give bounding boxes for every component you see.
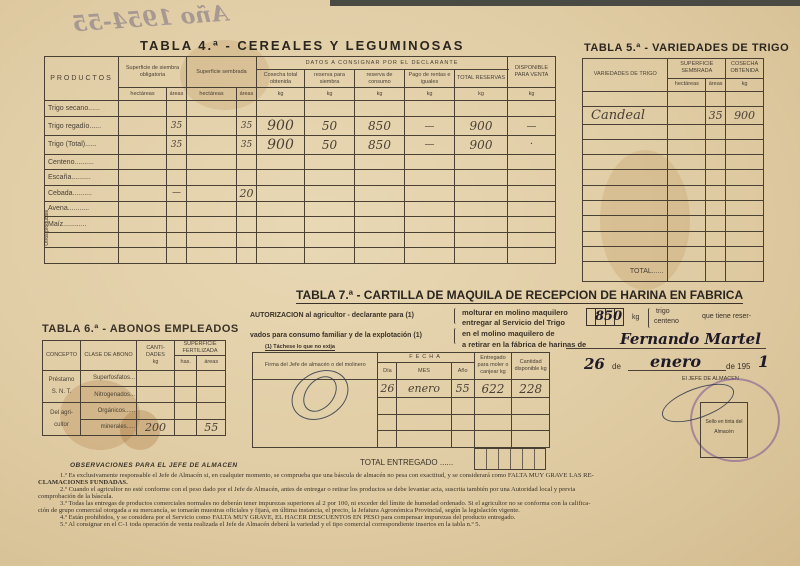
table-row: PréstamoS. N. T. Superfosfatos...: [43, 370, 226, 386]
areas-minerales: 55: [197, 419, 226, 435]
tabla7-title: TABLA 7.ª - CARTILLA DE MAQUILA DE RECEP…: [296, 288, 743, 304]
col-areas: áreas: [237, 88, 257, 101]
obs-line: 1.º Es exclusivamente responsable el Jef…: [60, 472, 594, 479]
col-ano: Año: [451, 363, 474, 380]
unit-kg: kg: [355, 88, 405, 101]
side-label: Otros productos: [44, 210, 50, 246]
col-variedades: VARIEDADES DE TRIGO: [583, 59, 668, 92]
cell-value: 50: [305, 135, 355, 154]
col-hectareas: hectáreas: [119, 88, 167, 101]
col-pago-rentas: Pago de rentas e iguales: [405, 70, 455, 88]
obs-line: CLAMACIONES FUNDADAS.: [38, 479, 128, 486]
obs-line: 4.º Están prohibidos, y se considera por…: [60, 514, 516, 521]
table-row: Trigo regadío...... 35 35 900 50 850 — 9…: [45, 117, 556, 136]
unit-kg: kg: [305, 88, 355, 101]
total-label: TOTAL......: [583, 262, 668, 282]
cell-value: 900: [455, 117, 508, 136]
col-productos: PRODUCTOS: [45, 57, 119, 101]
row-label: Maíz............: [45, 217, 119, 233]
brace: [454, 328, 458, 344]
entry-disponible: 228: [512, 379, 550, 398]
year-note: Año 1954-55: [71, 1, 229, 38]
date-month: enero: [650, 352, 701, 371]
total-row: TOTAL......: [583, 262, 764, 282]
col-entregado: Entregado para moler o canjear kg: [474, 353, 512, 380]
date-day: 26: [584, 355, 605, 373]
col-areas: áreas: [167, 88, 187, 101]
date-de: de: [612, 362, 621, 371]
unit-kg: kg: [257, 88, 305, 101]
fabrica-name: Fernando Martel: [620, 330, 761, 348]
cantidad-minerales: 200: [137, 419, 175, 435]
unit-kg: kg: [455, 88, 508, 101]
col-concepto: CONCEPTO: [43, 341, 81, 371]
cell-value: 35: [167, 117, 187, 136]
table-row: Candeal 35 900: [583, 107, 764, 124]
col-cantidades-text: CANTI-DADES: [146, 345, 165, 358]
tabla5-title: TABLA 5.ª - VARIEDADES DE TRIGO: [584, 42, 789, 54]
option-molino: en el molino maquilero de: [462, 329, 555, 338]
tabla7-title-text: TABLA 7.ª - CARTILLA DE MAQUILA DE RECEP…: [296, 288, 743, 302]
table-row: Maíz............: [45, 217, 556, 233]
variedad-value: Candeal: [583, 107, 668, 124]
cell-value: ·: [508, 135, 556, 154]
row-label: Centeno..........: [45, 154, 119, 170]
obs-line: 5.º Al consignar en el C-1 toda operació…: [60, 521, 480, 528]
entry-dia: 26: [378, 379, 397, 398]
col-clase: CLASE DE ABONO: [81, 341, 137, 371]
kg-box: 850: [586, 308, 624, 326]
clase-superfosfatos: Superfosfatos...: [81, 370, 137, 386]
total-entregado-label: TOTAL ENTREGADO ......: [360, 458, 453, 467]
grain-trigo: trigo: [656, 308, 670, 315]
tabla6-title: TABLA 6.ª - ABONOS EMPLEADOS: [42, 323, 239, 335]
col-sup-obligatoria: Superficie de siembra obligatoria: [119, 57, 187, 88]
col-disponible: Cantidad disponible kg: [512, 353, 550, 380]
col-fecha: FECHA: [378, 353, 474, 363]
row-label: Trigo (Total)......: [45, 135, 119, 154]
clase-minerales: minerales.....: [81, 419, 137, 435]
unit-kg: kg: [405, 88, 455, 101]
cell-value: 20: [237, 186, 257, 202]
table-row: Avena...........: [45, 201, 556, 217]
cell-value: 35: [237, 135, 257, 154]
col-reserva-siembra: reserva para siembra: [305, 70, 355, 88]
total-entregado-box: [474, 448, 546, 470]
table-row: Trigo secano......: [45, 101, 556, 117]
cell-value: 850: [355, 117, 405, 136]
row-label: Trigo secano......: [45, 101, 119, 117]
col-cantidades: CANTI-DADESkg: [137, 341, 175, 371]
unit-kg: kg: [153, 359, 159, 365]
unit-kg: kg: [726, 78, 764, 91]
concepto-cultor: cultor: [54, 422, 69, 428]
cell-value: 35: [167, 135, 187, 154]
entry-mes: enero: [397, 379, 451, 398]
table-row: Cebada.......... — 20: [45, 186, 556, 202]
obs-line: 3.º Todas las entregas de productos come…: [60, 500, 590, 507]
option-molturar: molturar en molino maquilero: [462, 308, 568, 317]
document-page: Año 1954-55 TABLA 4.ª - CEREALES Y LEGUM…: [0, 0, 800, 566]
row-label: Avena...........: [45, 201, 119, 217]
table-row: Escaña..........: [45, 170, 556, 186]
date-year-suffix: 1: [758, 352, 769, 371]
cell-value: 50: [305, 117, 355, 136]
col-hectareas: hectáreas: [668, 78, 706, 91]
col-dia: Día: [378, 363, 397, 380]
date-year-prefix: de 195: [726, 362, 750, 371]
cell-value: —: [405, 135, 455, 154]
auth-line2: vados para consumo familiar y de la expl…: [250, 332, 422, 339]
entry-ano: 55: [451, 379, 474, 398]
col-reserva-consumo: reserva de consumo: [355, 70, 405, 88]
cell-value: 850: [355, 135, 405, 154]
auth-line1: AUTORIZACION al agricultor - declarante …: [250, 312, 414, 319]
col-superficie: SUPERFICIE FERTILIZADA: [175, 341, 226, 356]
areas-value: 35: [706, 107, 726, 124]
tabla4-title: TABLA 4.ª - CEREALES Y LEGUMINOSAS: [140, 38, 464, 53]
col-has: has.: [175, 356, 197, 370]
grain-centeno: centeno: [654, 318, 679, 325]
col-superficie: SUPERFICIE SEMBRADA: [668, 59, 726, 79]
col-disponible: DISPONIBLE PARA VENTA: [508, 57, 556, 88]
concepto-prestamo: Préstamo: [49, 377, 75, 383]
brace: [454, 308, 458, 324]
kg-label: kg: [632, 314, 639, 321]
fabrica-line: [566, 348, 766, 349]
clase-nitrogenados: Nitrogenados...: [81, 386, 137, 402]
cell-value: 35: [237, 117, 257, 136]
col-areas: áreas: [197, 356, 226, 370]
col-hectareas: hectáreas: [187, 88, 237, 101]
concepto-snt: S. N. T.: [52, 389, 72, 395]
obs-line: 2.º Cuando el agricultor no esté conform…: [60, 486, 575, 493]
obs-line: comprobación de la báscula.: [38, 493, 113, 500]
concepto-agricultor: Del agri-: [50, 410, 73, 416]
cell-value: —: [405, 117, 455, 136]
cell-value: —: [167, 186, 187, 202]
tabla5-table: VARIEDADES DE TRIGO SUPERFICIE SEMBRADA …: [582, 58, 764, 282]
table-row: Centeno..........: [45, 154, 556, 170]
unit-kg: kg: [508, 88, 556, 101]
col-cosecha: Cosecha total obtenida: [257, 70, 305, 88]
col-areas: áreas: [706, 78, 726, 91]
col-cosecha: COSECHA OBTENIDA: [726, 59, 764, 79]
kg-value: 850: [595, 309, 622, 324]
col-mes: MES: [397, 363, 451, 380]
clase-organicos: Orgánicos......: [81, 403, 137, 419]
entry-entregado: 622: [474, 379, 512, 398]
row-label: Trigo regadío......: [45, 117, 119, 136]
col-datos: DATOS A CONSIGNAR POR EL DECLARANTE: [257, 57, 508, 70]
cell-value: 900: [257, 135, 305, 154]
brace: [648, 308, 652, 328]
cell-value: 900: [455, 135, 508, 154]
table-row: Del agri-cultor Orgánicos......: [43, 403, 226, 419]
observaciones-title: OBSERVACIONES PARA EL JEFE DE ALMACEN: [70, 462, 238, 469]
option-entregar: entregar al Servicio del Trigo: [462, 318, 565, 327]
tail-text: que tiene reser-: [702, 313, 751, 320]
tabla6-table: CONCEPTO CLASE DE ABONO CANTI-DADESkg SU…: [42, 340, 226, 436]
table-row: Trigo (Total)...... 35 35 900 50 850 — 9…: [45, 135, 556, 154]
cell-value: 900: [257, 117, 305, 136]
kg-value: 900: [726, 107, 764, 124]
col-total-reservas: TOTAL RESERVAS: [455, 70, 508, 88]
tabla4-table: PRODUCTOS Superficie de siembra obligato…: [44, 56, 556, 264]
obs-line: ción de grupo comercial otorgada a su me…: [38, 507, 520, 514]
row-label: Escaña..........: [45, 170, 119, 186]
cell-value: —: [508, 117, 556, 136]
row-label: Cebada..........: [45, 186, 119, 202]
col-sup-sembrada: Superficie sembrada: [187, 57, 257, 88]
footnote: (1) Táchese lo que no exija: [265, 344, 335, 351]
scan-edge: [330, 0, 800, 6]
